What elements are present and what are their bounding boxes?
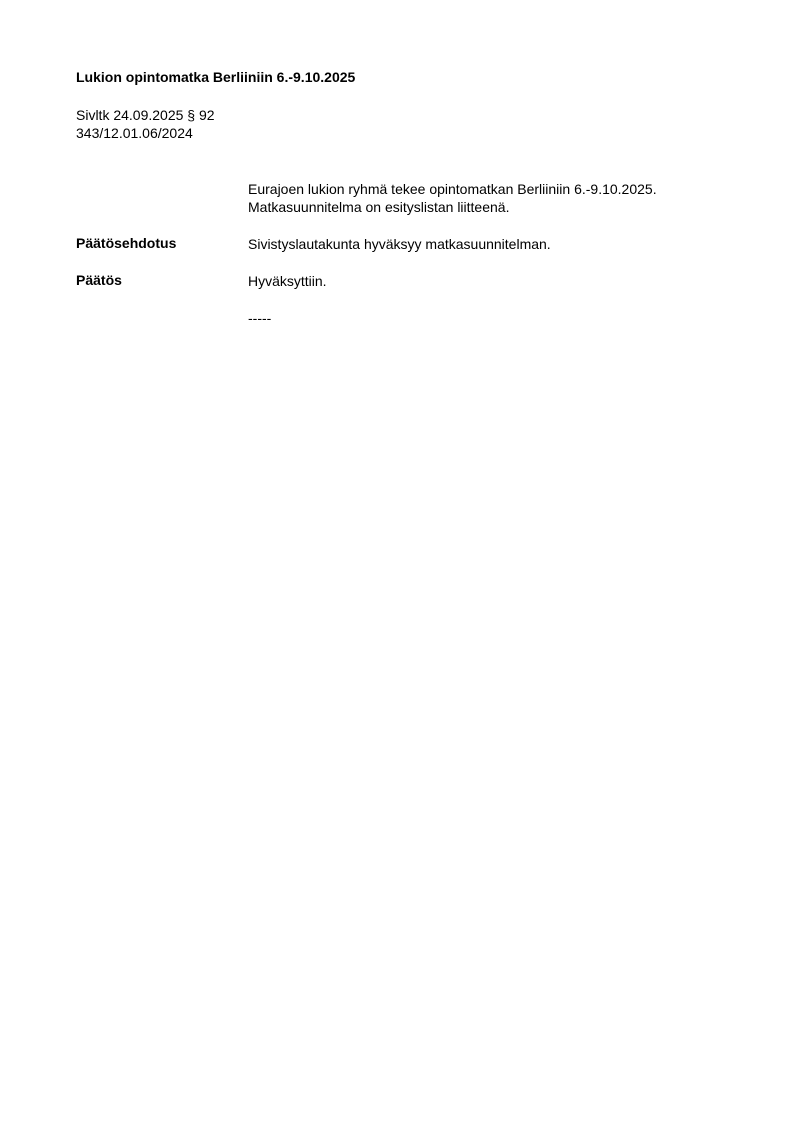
decision-text: Hyväksyttiin. xyxy=(248,272,327,290)
description-line: Eurajoen lukion ryhmä tekee opintomatkan… xyxy=(248,180,657,198)
decision-label: Päätös xyxy=(76,272,122,288)
end-mark: ----- xyxy=(248,309,271,327)
proposal-label: Päätösehdotus xyxy=(76,235,176,251)
case-number: 343/12.01.06/2024 xyxy=(76,124,215,142)
document-meta: Sivltk 24.09.2025 § 92 343/12.01.06/2024 xyxy=(76,106,215,142)
description: Eurajoen lukion ryhmä tekee opintomatkan… xyxy=(248,180,657,216)
description-line: Matkasuunnitelma on esityslistan liittee… xyxy=(248,198,657,216)
meeting-reference: Sivltk 24.09.2025 § 92 xyxy=(76,106,215,124)
proposal-text: Sivistyslautakunta hyväksyy matkasuunnit… xyxy=(248,235,551,253)
document-title: Lukion opintomatka Berliiniin 6.-9.10.20… xyxy=(76,69,355,85)
